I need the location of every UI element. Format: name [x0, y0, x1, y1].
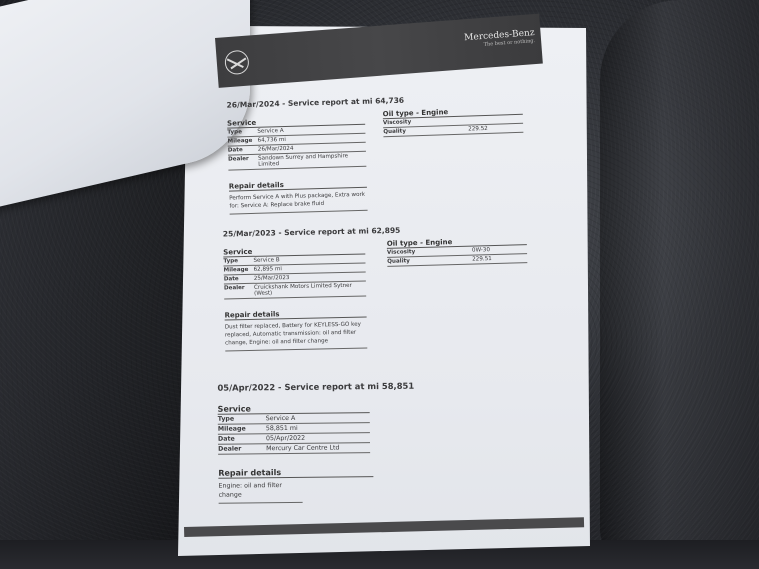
repair-details-text: Perform Service A with Plus package, Ext…: [229, 188, 368, 215]
repair-details-text: Dust filter replaced, Battery for KEYLES…: [225, 317, 368, 351]
oil-type-engine-2023: Oil type - Engine Viscosity0W-30 Quality…: [387, 236, 528, 267]
service-table: TypeService A Mileage58,851 mi Date05/Ap…: [218, 413, 370, 455]
report-title: 05/Apr/2022 - Service report at mi 58,85…: [217, 379, 547, 392]
oil-type-engine-2024: Oil type - Engine Viscosity Quality229.5…: [383, 106, 524, 137]
service-table: TypeService A Mileage64,736 mi Date26/Ma…: [227, 125, 366, 171]
service-row-dealer: DealerSandown Surrey and Hampshire Limit…: [228, 152, 366, 171]
service-row-dealer: DealerMercury Car Centre Ltd: [218, 443, 370, 455]
service-row-dealer: DealerCruickshank Motors Limited Sytner …: [224, 281, 366, 299]
service-table: TypeService B Mileage62,895 mi Date25/Ma…: [223, 254, 366, 299]
service-report-2022: 05/Apr/2022 - Service report at mi 58,85…: [217, 379, 548, 504]
repair-details-text: Engine: oil and filter change: [218, 478, 302, 504]
